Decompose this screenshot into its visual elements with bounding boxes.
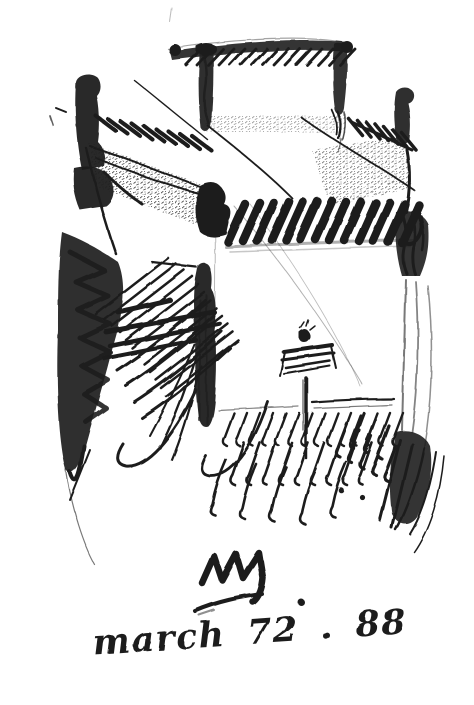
- ink-stroke: [263, 443, 276, 485]
- ink-stroke: [424, 286, 431, 448]
- slash-band-blob: [196, 182, 230, 236]
- left-wall-top-texture: [88, 142, 214, 232]
- right-wall-hatch: [380, 211, 444, 552]
- ink-stroke: [288, 413, 299, 446]
- ink-stroke: [199, 300, 200, 420]
- right-slope-texture: [312, 136, 412, 206]
- ink-sketch: march 72 . 88: [0, 0, 474, 705]
- ink-stroke: [412, 282, 418, 432]
- floor-dot: [338, 487, 344, 493]
- ink-stroke: [314, 413, 325, 446]
- ink-stroke: [341, 41, 353, 53]
- ink-stroke: [314, 405, 392, 408]
- ink-stroke: [50, 116, 53, 125]
- date-inscription: march 72 . 88: [92, 601, 409, 664]
- ink-stroke: [312, 399, 394, 402]
- ink-stroke: [336, 424, 347, 457]
- ink-stroke: [295, 443, 308, 485]
- ink-stroke: [284, 345, 332, 352]
- ink-stroke: [170, 8, 172, 22]
- artist-signature: [195, 553, 305, 615]
- portal-right-post: [333, 43, 348, 114]
- ink-stroke: [300, 320, 315, 330]
- ink-stroke: [240, 464, 256, 519]
- left-shadow-wedge: [57, 232, 123, 565]
- ink-stroke: [300, 469, 316, 524]
- ink-stroke: [196, 43, 217, 55]
- lectern-figure-head: [299, 329, 311, 343]
- ink-stroke: [223, 413, 234, 446]
- ink-stroke: [275, 413, 286, 446]
- ink-stroke: [194, 263, 217, 427]
- ink-stroke: [298, 599, 305, 606]
- ink-stroke: [236, 413, 247, 446]
- sketch-canvas: march 72 . 88: [0, 0, 474, 705]
- ink-stroke: [56, 108, 66, 112]
- ink-stroke: [270, 467, 286, 522]
- ink-stroke: [210, 460, 226, 515]
- ink-stroke: [169, 44, 181, 56]
- ink-stroke: [327, 413, 338, 446]
- ink-stroke: [57, 232, 123, 473]
- ink-stroke: [218, 406, 298, 410]
- ink-stroke: [402, 280, 406, 430]
- ink-stroke: [262, 413, 273, 446]
- ink-stroke: [66, 470, 95, 565]
- mid-stipple-band: [205, 116, 345, 132]
- floor-dot: [360, 495, 365, 500]
- ink-stroke: [282, 353, 334, 360]
